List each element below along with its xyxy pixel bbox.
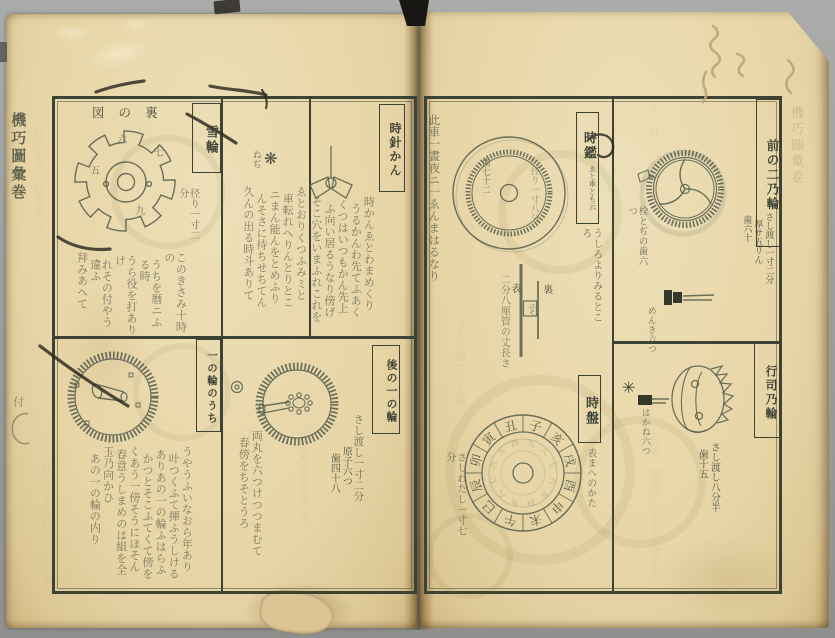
dial-hour-number: 七 — [488, 475, 500, 487]
ring-panel-header-box: 時鑑 ゑと車とも云 — [576, 112, 599, 224]
escapement-header-box: 行司乃輪 — [754, 343, 781, 438]
zodiac-char: 未 — [524, 508, 546, 530]
dial-hour-number: 五 — [495, 445, 509, 459]
dial-hour-number: 八 — [537, 445, 551, 459]
front-second-left-note: 栓とぢの歯六つ — [626, 206, 647, 274]
ring-teeth-note: 歯七十二 — [479, 158, 489, 204]
dial-hour-number: 五 — [537, 487, 551, 501]
dial-sub-note: 表まへのかた — [585, 448, 595, 536]
dial-diameter-note: さしわたし一寸七分 — [443, 452, 465, 538]
shaft-note: 二分八厘管の丈長さ — [478, 274, 510, 386]
circle-mark — [232, 382, 243, 393]
pinion-icon — [638, 395, 669, 405]
screw-body-text: ゑとおりくつふみミと車転れへりんとりとこ ニまん能んをとめふりんそさに待ちせちて… — [226, 186, 308, 336]
worm-trails — [703, 26, 794, 102]
snow-box: 雪輪 — [192, 103, 221, 173]
cam-wheel-drawing — [75, 131, 175, 231]
screw-icon-label: ねぢ — [250, 150, 260, 180]
dial-hour-number: 九 — [509, 496, 521, 508]
second-wheel-notes: 原子六つ歯四十八 — [316, 446, 352, 510]
hour-hand-icon — [310, 146, 352, 198]
front-second-notes: さし渡し一寸二分 厚サ五リん 歯六十 — [726, 212, 774, 298]
second-wheel-body-text: 両丸を六つけつつまむて春傍をちそとうろ — [228, 430, 264, 582]
cam-diameter-note: 径り一寸二分 — [176, 188, 198, 250]
first-wheel-body-text: うやうふいなおら年あり叶つくふて揮ふうしける ありあの一の輪ふはらふかつとそこふ… — [58, 446, 194, 588]
zodiac-char: 卯 — [466, 450, 488, 472]
escapement-pinion-label: はかね六つ — [639, 408, 649, 458]
front-second-pinion-label: めんき六つ — [645, 306, 655, 356]
binding-wedge — [399, 0, 429, 26]
zodiac-char: 午 — [500, 508, 522, 530]
dial-hour-number: 四 — [525, 496, 537, 508]
left-margin-title: 機巧圖彙巻 — [10, 112, 26, 282]
zodiac-char: 酉 — [558, 474, 580, 496]
dial-hour-number: 六 — [546, 475, 558, 487]
hand-body-text: 時かんゑとわまめくりうるかんわ先てふあく くつはいつもかん先上ふ向い居るうなり傍… — [310, 196, 376, 342]
rear-wheel-diameter-note: さし渡し一寸二分 — [352, 414, 363, 522]
cam-body-text: このきさみ十時のうちを暦ニふる時 うら役を打ありけれその付やう違ふ 拜みあへて — [62, 252, 188, 338]
star-mark: ✳ — [622, 378, 635, 397]
right-margin-title: 機巧圖彙卷 — [788, 106, 802, 251]
cam-panel-title: 図の裏 — [92, 103, 172, 121]
rear-wheel-header-box: 後の一の輪 — [372, 345, 400, 434]
zodiac-char: 丑 — [500, 416, 522, 438]
collation-circle — [12, 414, 29, 444]
book-scan: 時かんゑとわまめくり 叶つくふて揮ふうしける ニまん能んをとめふり 此車一晝夜ニ… — [0, 0, 835, 638]
cam-lobe-label: 九 — [132, 205, 143, 215]
shaft-box-label: ほぞ — [527, 303, 533, 315]
cam-lobe-label: 六 — [114, 134, 125, 144]
dial-header-box: 時盤 — [578, 375, 601, 443]
second-wheel-drawing — [259, 366, 335, 442]
shaft-back-label: 裏 — [540, 284, 551, 294]
hand-panel-header-box: 時針かん — [379, 104, 405, 192]
zodiac-char: 戌 — [558, 450, 580, 472]
ring-under-box-note: うしろよりみるところ — [579, 228, 601, 324]
dial-hour-number: 九 — [525, 438, 537, 450]
dial-hour-number: 六 — [488, 459, 500, 471]
dial-hour-number: 四 — [509, 438, 521, 450]
cam-lobe-label: 五 — [87, 165, 98, 175]
ring-panel-left-note: 此車一晝夜ニ一ゑんまはるなり — [428, 114, 440, 322]
zodiac-char: 申 — [544, 494, 569, 519]
escapement-notes: さし渡し八分半 歯十五 — [678, 442, 720, 542]
edge-mark — [0, 42, 7, 62]
zodiac-char: 辰 — [466, 474, 488, 496]
zodiac-char: 子 — [524, 416, 546, 438]
first-wheel-header-box: 一の輪のうち — [196, 339, 221, 432]
screw-icon: ❋ — [264, 150, 277, 167]
cam-lobe-label: 七 — [151, 147, 162, 157]
dial-zodiac-ring: 子 亥 戌 酉 申 未 午 巳 辰 卯 寅 丑 九 八 七 六 五 四 九 八 … — [465, 415, 581, 531]
dial-hour-number: 八 — [495, 487, 509, 501]
ring-diameter-note: 径り一寸八分 — [528, 166, 538, 236]
crown-wheel-drawing — [672, 366, 733, 433]
dial-hour-number: 七 — [546, 459, 558, 471]
three-spoke-wheel-drawing — [638, 152, 724, 234]
collation-mark: 付 — [12, 396, 24, 407]
pinion-icon — [664, 290, 714, 305]
